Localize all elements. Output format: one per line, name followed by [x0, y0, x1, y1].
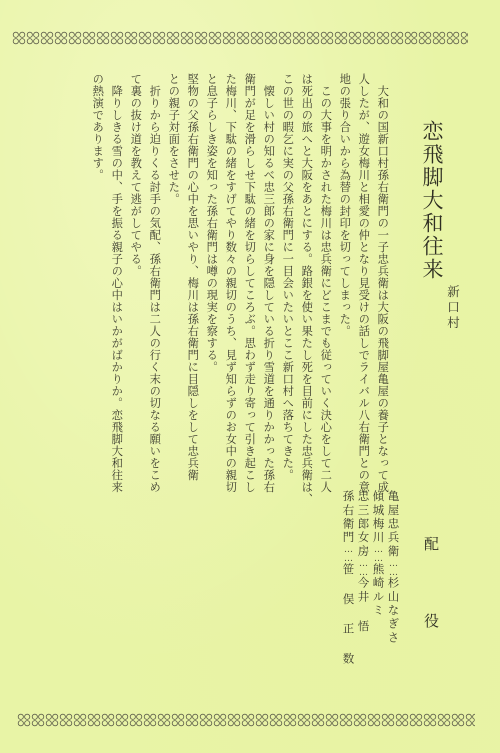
cast-role: 亀屋忠兵衛: [387, 490, 401, 559]
cast-actor: 杉山なぎさ: [387, 577, 401, 646]
synopsis-line: 人したが、遊女梅川と相愛の仲となり見受けの話しでライバル八右衛門との意: [358, 73, 369, 493]
synopsis-line: 折りから迫りくる討手の気配、孫右衛門は二人の行く末の切なる願いをこめ: [149, 85, 160, 493]
cast-heading-char: 配: [424, 533, 439, 554]
synopsis-line: この大事を明かされた梅川は忠兵衛にどこまでも従っていく決心をして二人: [320, 85, 331, 493]
decorative-border-top: [12, 31, 468, 45]
decorative-border-bottom: [17, 713, 475, 727]
leader-dots: ……: [389, 559, 398, 577]
program-title: 恋飛脚大和往来: [421, 120, 442, 281]
cast-heading-char: 役: [424, 610, 439, 631]
leader-dots: ……: [374, 545, 383, 563]
synopsis-line: の熱演であります。: [92, 73, 103, 181]
synopsis-line: 衛門が足を滑らしせ下駄の緒を切らしてころぶ。思わず走り寄って引き起こし: [244, 73, 255, 493]
cast-role: 傾城梅川: [372, 490, 386, 545]
scene-name: 新口村: [446, 285, 459, 332]
synopsis-line: 大和の国新口村孫右衛門の一子忠兵衛は大阪の飛脚屋亀屋の養子となって成: [377, 85, 388, 493]
cast-actor: 今井 悟: [357, 577, 371, 634]
cast-actor: 熊崎ルミ: [372, 563, 386, 618]
synopsis-line: 地の張り合いから為替の封印を切ってしまった。: [339, 73, 350, 337]
leader-dots: ……: [344, 545, 353, 563]
cast-role: 孫右衛門: [342, 490, 356, 545]
leader-dots: ……: [359, 559, 368, 577]
synopsis-line: と息子らしき姿を知った孫右衛門は噂の現実を察する。: [206, 73, 217, 373]
cast-entry: 忠三郎女房……今井 悟: [357, 490, 369, 634]
cast-actor: 笹 俣 正 数: [342, 563, 356, 666]
synopsis-line: この世の暇乞に実の父孫右衛門に一目会いたいとここ新口村へ落ちてきた。: [282, 73, 293, 481]
cast-role: 忠三郎女房: [357, 490, 371, 559]
synopsis-line: た梅川、下駄の緒をすげてやり数々の親切のうち、見ず知らずのお女中の親切: [225, 73, 236, 493]
synopsis-line: 堅物の父孫右衛門の心中を思いやり、梅川は孫右衛門に目隠しをして忠兵衛: [187, 73, 198, 481]
synopsis-line: は死出の旅へと大阪をあとにする。路銀を使い果たし死を目前にした忠兵衛は、: [301, 73, 312, 505]
synopsis-line: 懐しい村の知るべ忠三郎の家に身を隠している折り雪道を通りかかった孫右: [263, 85, 274, 493]
synopsis-line: て裏の抜け道を教えて逃がしてやる。: [130, 73, 141, 277]
synopsis-line: との親子対面をさせた。: [168, 73, 179, 205]
cast-entry: 傾城梅川……熊崎ルミ: [372, 490, 384, 618]
cast-entry: 孫右衛門……笹 俣 正 数: [342, 490, 354, 666]
cast-entry: 亀屋忠兵衛……杉山なぎさ: [387, 490, 399, 645]
synopsis-line: 降りしきる雪の中、手を振る親子の心中はいかがばかりか。恋飛脚大和往来: [111, 85, 122, 493]
